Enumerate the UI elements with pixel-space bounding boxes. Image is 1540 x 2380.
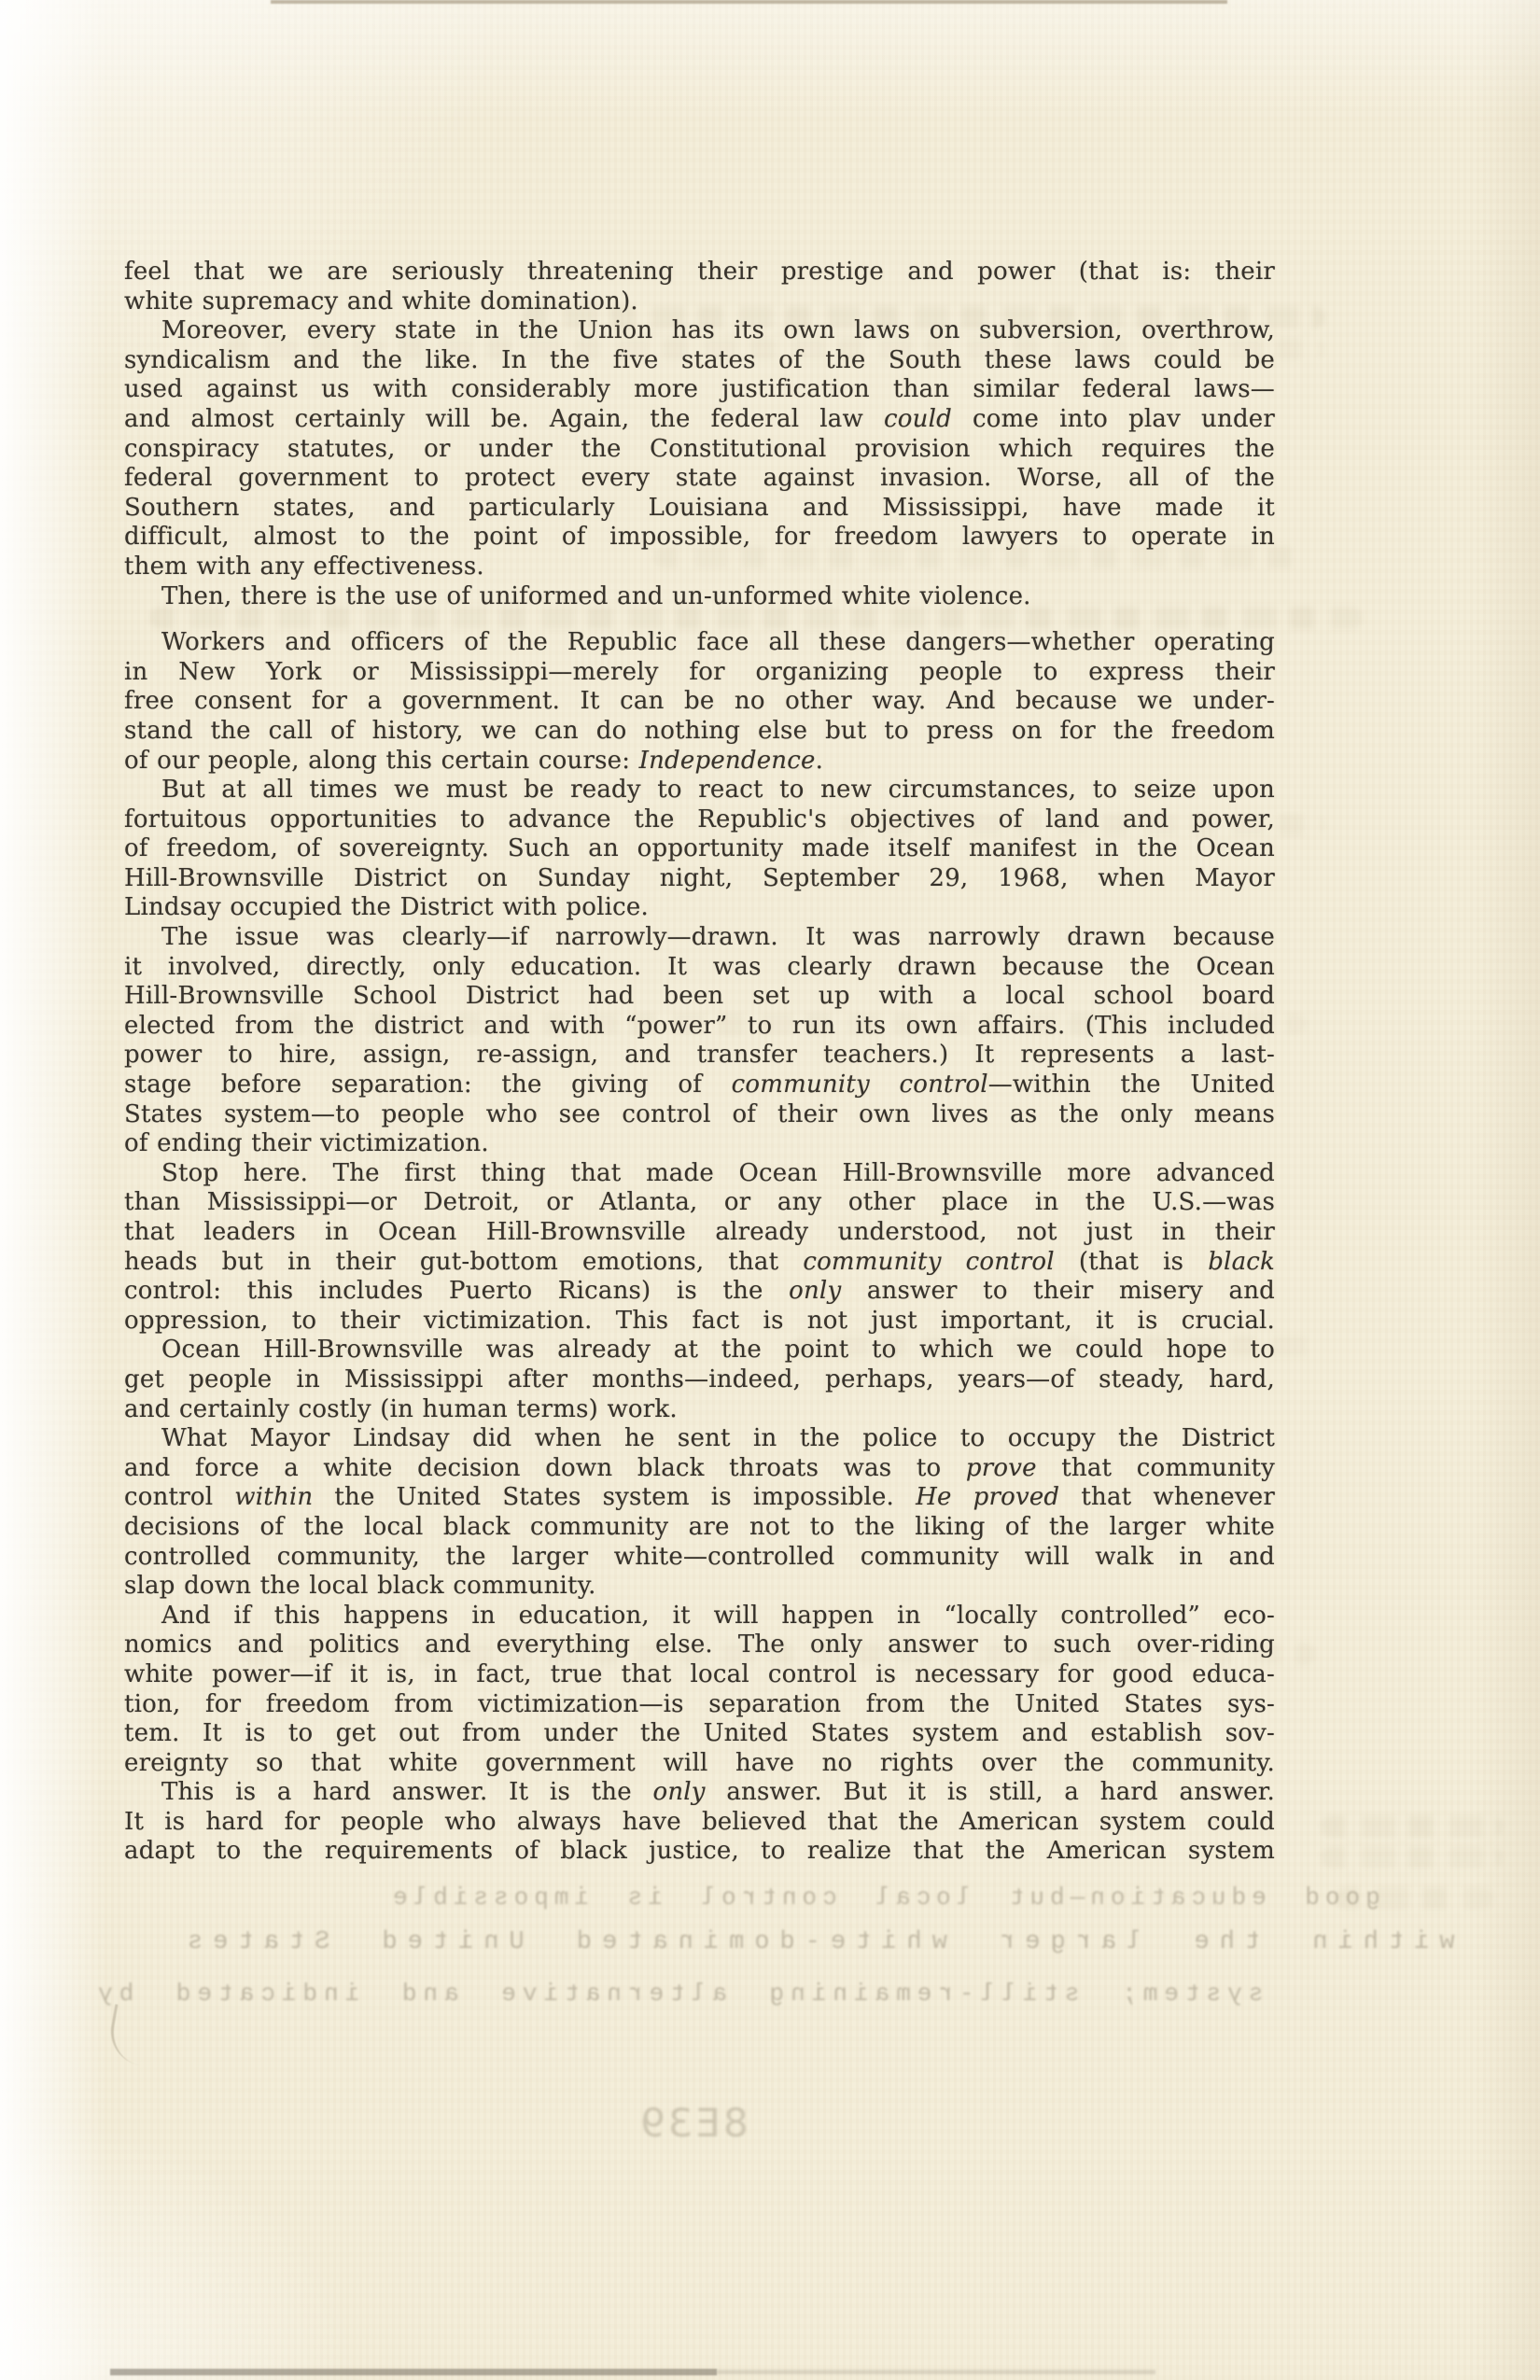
text-line: controlled community, the larger white—c… [124, 1543, 1275, 1573]
text-line: and certainly costly (in human terms) wo… [124, 1395, 1275, 1425]
text-line: control within the United States system … [124, 1483, 1275, 1513]
text-line: conspiracy statutes, or under the Consti… [124, 435, 1275, 465]
bleedthrough-smudge [1321, 1846, 1503, 1869]
text-line: get people in Mississippi after months—i… [124, 1365, 1275, 1395]
text-line: slap down the local black community. [124, 1572, 1275, 1602]
text-line: This is a hard answer. It is the only an… [124, 1778, 1275, 1808]
text-line: ereignty so that white government will h… [124, 1749, 1275, 1779]
text-line: Lindsay occupied the District with polic… [124, 893, 1275, 923]
text-line: power to hire, assign, re-assign, and tr… [124, 1041, 1275, 1071]
text-line: The issue was clearly—if narrowly—drawn.… [124, 923, 1275, 953]
top-edge-line [271, 0, 1227, 4]
bleedthrough-smudge [1335, 1887, 1493, 1910]
paragraph: feel that we are seriously threatening t… [124, 258, 1275, 316]
paragraph: Workers and officers of the Republic fac… [124, 628, 1275, 776]
scratch-mark [105, 2004, 149, 2065]
text-line: federal government to protect every stat… [124, 464, 1275, 494]
paragraph: Then, there is the use of uniformed and … [124, 582, 1275, 612]
bleedthrough-stamp: 8E39 [637, 2100, 749, 2146]
paragraph: What Mayor Lindsay did when he sent in t… [124, 1424, 1275, 1602]
text-line: them with any effectiveness. [124, 553, 1275, 582]
text-line: It is hard for people who always have be… [124, 1808, 1275, 1838]
text-line: elected from the district and with “powe… [124, 1012, 1275, 1042]
text-line: free consent for a government. It can be… [124, 687, 1275, 717]
text-line: But at all times we must be ready to rea… [124, 776, 1275, 805]
text-line: feel that we are seriously threatening t… [124, 258, 1275, 287]
text-line: in New York or Mississippi—merely for or… [124, 658, 1275, 688]
text-line: of our people, along this certain course… [124, 747, 1275, 777]
text-line: Hill-Brownsville School District had bee… [124, 982, 1275, 1012]
text-line: white power—if it is, in fact, true that… [124, 1660, 1275, 1690]
text-line: stage before separation: the giving of c… [124, 1071, 1275, 1100]
text-line: Ocean Hill-Brownsville was already at th… [124, 1336, 1275, 1365]
text-line: stand the call of history, we can do not… [124, 717, 1275, 747]
text-line: of freedom, of sovereignty. Such an oppo… [124, 834, 1275, 864]
bleedthrough-line: good education—but local control is impo… [387, 1883, 1380, 1911]
text-block: feel that we are seriously threatening t… [124, 258, 1275, 1867]
text-line: and almost certainly will be. Again, the… [124, 405, 1275, 435]
text-line: decisions of the local black community a… [124, 1513, 1275, 1543]
text-line: and force a white decision down black th… [124, 1454, 1275, 1484]
text-line: white supremacy and white domination). [124, 287, 1275, 317]
text-line: Then, there is the use of uniformed and … [124, 582, 1275, 612]
text-line: adapt to the requirements of black justi… [124, 1837, 1275, 1867]
text-line: control: this includes Puerto Ricans) is… [124, 1277, 1275, 1307]
text-line: oppression, to their victimization. This… [124, 1307, 1275, 1337]
text-line: States system—to people who see control … [124, 1100, 1275, 1130]
paragraph: And if this happens in education, it wil… [124, 1602, 1275, 1779]
paragraph: This is a hard answer. It is the only an… [124, 1778, 1275, 1867]
bleedthrough-line: within the larger white-dominated United… [177, 1928, 1455, 1956]
paragraph: Moreover, every state in the Union has i… [124, 316, 1275, 581]
scanned-page: { "document": { "colors": { "paper": "#f… [0, 0, 1540, 2380]
bottom-edge-line-faint [717, 2370, 1155, 2374]
paragraph: But at all times we must be ready to rea… [124, 776, 1275, 923]
text-line: syndicalism and the like. In the five st… [124, 346, 1275, 376]
text-line: it involved, directly, only education. I… [124, 953, 1275, 983]
text-line: Hill-Brownsville District on Sunday nigh… [124, 864, 1275, 894]
bleedthrough-line: system; still-remaining alternative and … [91, 1980, 1263, 2008]
text-line: Southern states, and particularly Louisi… [124, 494, 1275, 524]
text-line: nomics and politics and everything else.… [124, 1631, 1275, 1660]
text-line: What Mayor Lindsay did when he sent in t… [124, 1424, 1275, 1454]
text-line: of ending their victimization. [124, 1129, 1275, 1159]
paragraph: The issue was clearly—if narrowly—drawn.… [124, 923, 1275, 1159]
bleedthrough-smudge [1321, 1815, 1503, 1838]
text-line: difficult, almost to the point of imposs… [124, 523, 1275, 553]
text-line: Workers and officers of the Republic fac… [124, 628, 1275, 658]
text-line: Stop here. The first thing that made Oce… [124, 1159, 1275, 1189]
text-line: tion, for freedom from victimization—is … [124, 1690, 1275, 1720]
paragraph: Stop here. The first thing that made Oce… [124, 1159, 1275, 1337]
text-line: And if this happens in education, it wil… [124, 1602, 1275, 1631]
text-line: tem. It is to get out from under the Uni… [124, 1719, 1275, 1749]
text-line: heads but in their gut-bottom emotions, … [124, 1248, 1275, 1278]
text-line: Moreover, every state in the Union has i… [124, 316, 1275, 346]
text-line: fortuitous opportunities to advance the … [124, 805, 1275, 835]
text-line: used against us with considerably more j… [124, 375, 1275, 405]
paragraph: Ocean Hill-Brownsville was already at th… [124, 1336, 1275, 1424]
text-line: that leaders in Ocean Hill-Brownsville a… [124, 1218, 1275, 1248]
bottom-edge-line [110, 2369, 717, 2375]
text-line: than Mississippi—or Detroit, or Atlanta,… [124, 1188, 1275, 1218]
